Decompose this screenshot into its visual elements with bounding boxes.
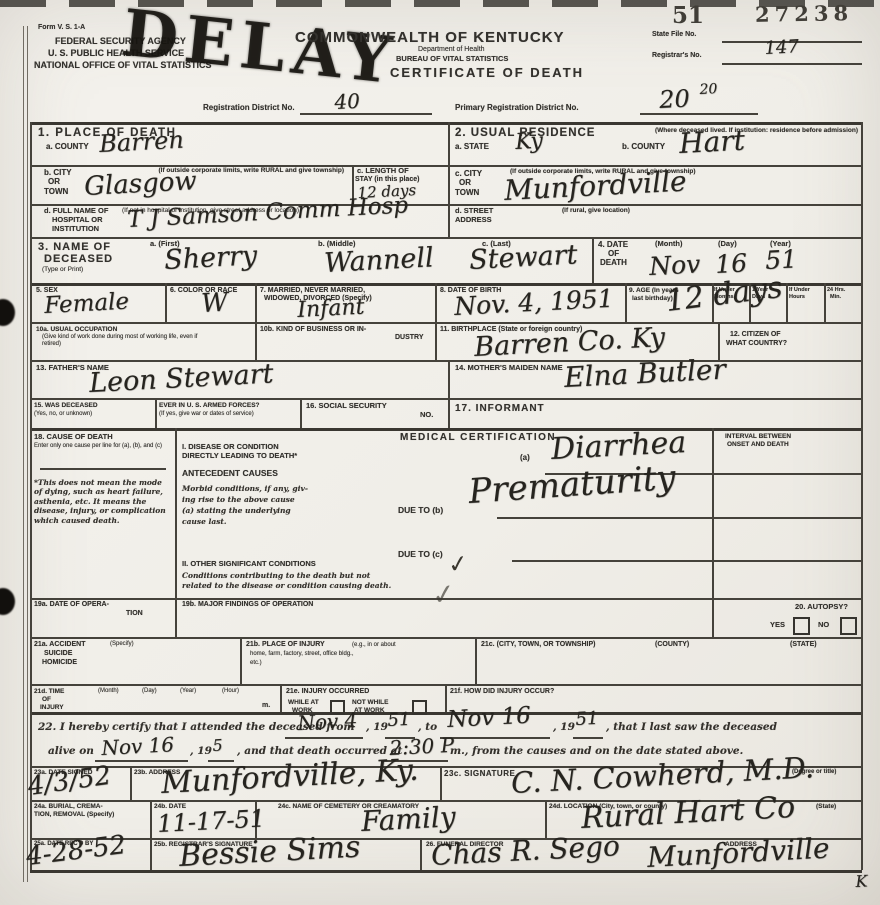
burial-date-value: 11-17-51 bbox=[157, 804, 266, 838]
other-significant-note: Conditions contributing to the death but… bbox=[182, 571, 370, 580]
certify-text: , to bbox=[418, 721, 437, 734]
grid-vline bbox=[786, 283, 788, 322]
citizen-label: WHAT COUNTRY? bbox=[726, 340, 787, 348]
citizen-label: 12. CITIZEN OF bbox=[730, 331, 781, 339]
accident-paren: (Specify) bbox=[110, 641, 134, 648]
last-seen-alive-value: Nov 16 bbox=[101, 732, 175, 760]
registration-district-label: Registration District No. bbox=[203, 103, 295, 112]
field-line bbox=[640, 113, 758, 115]
day-label: (Day) bbox=[718, 240, 737, 249]
cause-b-value: Prematurity bbox=[467, 458, 677, 512]
field-line bbox=[300, 113, 432, 115]
injury-occurred-label: 21e. INJURY OCCURRED bbox=[286, 688, 369, 696]
grid-vline bbox=[435, 283, 437, 322]
other-significant-title: II. OTHER SIGNIFICANT CONDITIONS bbox=[182, 560, 316, 569]
attended-to-year: 51 bbox=[575, 708, 599, 730]
county-value: Barren bbox=[99, 126, 185, 158]
injury-day-label: (Day) bbox=[142, 688, 157, 695]
field-line bbox=[440, 737, 550, 739]
not-while-at-work-checkbox bbox=[412, 700, 427, 715]
certify-text: , 19 bbox=[190, 745, 212, 758]
grid-vline bbox=[130, 766, 132, 800]
form-number: Form V. S. 1-A bbox=[38, 24, 85, 32]
physician-address-value: Munfordville, Ky. bbox=[160, 753, 419, 801]
state-file-number-stamp: 51 bbox=[672, 2, 704, 29]
certify-text: , 19 bbox=[366, 721, 388, 734]
cause-of-death-footnote: *This does not mean the mode of dying, s… bbox=[34, 478, 168, 525]
grid-hline bbox=[30, 322, 862, 324]
grid-vline bbox=[448, 122, 450, 237]
residence-state-value: Ky bbox=[515, 129, 544, 155]
injury-county-label: (COUNTY) bbox=[655, 641, 689, 649]
date-of-death-label: DEATH bbox=[600, 258, 627, 267]
other-significant-note: related to the disease or condition caus… bbox=[182, 581, 391, 590]
due-to-b-label: DUE TO (b) bbox=[398, 505, 443, 515]
grid-hline bbox=[30, 360, 862, 362]
cause-of-death-title: 18. CAUSE OF DEATH bbox=[34, 433, 113, 442]
mothers-maiden-name-label: 14. MOTHER'S MAIDEN NAME bbox=[455, 364, 563, 373]
armed-forces-label: 15. WAS DECEASED bbox=[34, 402, 98, 410]
due-to-c-label: DUE TO (c) bbox=[398, 549, 443, 559]
grid-hline bbox=[30, 637, 862, 639]
grid-vline bbox=[824, 283, 826, 322]
burial-label: TION, REMOVAL (Specify) bbox=[34, 811, 114, 819]
major-findings-label: 19b. MAJOR FINDINGS OF OPERATION bbox=[182, 601, 313, 609]
city-of-death-value: Glasgow bbox=[83, 166, 197, 202]
morbid-note: Morbid conditions, if any, giv- bbox=[182, 484, 308, 493]
social-security-label: NO. bbox=[420, 411, 433, 420]
sex-value: Female bbox=[44, 289, 130, 319]
grid-vline bbox=[861, 122, 863, 870]
commonwealth-title: COMMONWEALTH OF KENTUCKY bbox=[295, 29, 565, 47]
attended-from-value: Nov 4 bbox=[297, 708, 358, 735]
burial-label: 24a. BURIAL, CREMA- bbox=[34, 803, 103, 811]
county-label: a. COUNTY bbox=[46, 142, 89, 151]
grid-vline bbox=[150, 800, 152, 838]
grid-vline bbox=[30, 122, 32, 870]
grid-vline bbox=[448, 360, 450, 398]
registrar-signature-value: Bessie Sims bbox=[178, 830, 361, 874]
morbid-note: cause last. bbox=[182, 517, 227, 526]
time-of-injury-label: OF bbox=[42, 696, 51, 704]
handwritten-check: ✓ bbox=[430, 577, 458, 613]
certify-text: alive on bbox=[48, 745, 94, 758]
disease-label: DIRECTLY LEADING TO DEATH* bbox=[182, 452, 297, 461]
armed-forces-label: EVER IN U. S. ARMED FORCES? bbox=[159, 402, 260, 410]
antecedent-causes-title: ANTECEDENT CAUSES bbox=[182, 468, 278, 478]
morbid-note: ing rise to the above cause bbox=[182, 495, 295, 504]
delay-stamp: DELAY bbox=[119, 0, 402, 99]
usual-occupation-label: 10a. USUAL OCCUPATION bbox=[36, 326, 117, 334]
grid-vline bbox=[255, 322, 257, 360]
accident-label: 21a. ACCIDENT bbox=[34, 641, 85, 649]
place-of-injury-paren: (e.g., in or about bbox=[352, 642, 396, 649]
color-or-race-value: W bbox=[200, 288, 228, 319]
middle-name-value: Wannell bbox=[323, 242, 434, 279]
grid-vline bbox=[475, 637, 477, 684]
left-margin-rule bbox=[23, 26, 28, 882]
attended-from-year: 51 bbox=[387, 709, 411, 731]
marital-status-value: Infant bbox=[297, 295, 365, 323]
while-at-work-label: WHILE AT bbox=[288, 699, 319, 707]
date-of-operation-label: TION bbox=[126, 610, 143, 618]
armed-forces-paren: (If yes, give war or dates of service) bbox=[159, 411, 254, 418]
grid-vline bbox=[280, 684, 282, 712]
primary-district-value-sup: 20 bbox=[699, 81, 718, 98]
interval-label: ONSET AND DEATH bbox=[727, 441, 789, 449]
handwritten-check: ✓ bbox=[446, 549, 470, 580]
city-label: OR bbox=[48, 177, 60, 186]
name-of-deceased-title: DECEASED bbox=[44, 253, 113, 266]
grid-vline bbox=[155, 398, 157, 428]
primary-district-label: Primary Registration District No. bbox=[455, 103, 579, 112]
grid-vline bbox=[300, 398, 302, 428]
length-of-stay-label: c. LENGTH OF bbox=[357, 167, 409, 176]
autopsy-no-checkbox bbox=[840, 617, 857, 635]
grid-vline bbox=[420, 838, 422, 870]
primary-district-value: 20 bbox=[659, 84, 691, 114]
institution-label: INSTITUTION bbox=[52, 225, 99, 234]
attended-to-value: Nov 16 bbox=[447, 703, 532, 733]
grid-hline bbox=[30, 428, 862, 431]
injury-m-label: m. bbox=[262, 702, 270, 710]
date-received-value: 4-28-52 bbox=[24, 830, 127, 872]
degree-or-title-label: (Degree or title) bbox=[792, 769, 836, 776]
age-subcol-label: Hours bbox=[789, 294, 805, 300]
field-line bbox=[712, 517, 862, 519]
autopsy-yes-checkbox bbox=[793, 617, 810, 635]
business-industry-label: 10b. KIND OF BUSINESS OR IN- bbox=[260, 326, 366, 334]
interval-label: INTERVAL BETWEEN bbox=[725, 433, 791, 441]
signature-label: 23c. SIGNATURE bbox=[444, 769, 515, 778]
accident-label: HOMICIDE bbox=[42, 659, 77, 667]
mothers-maiden-name-value: Elna Butler bbox=[563, 353, 726, 394]
armed-forces-paren: (Yes, no, or unknown) bbox=[34, 411, 92, 418]
street-address-label: ADDRESS bbox=[455, 216, 492, 225]
place-of-injury-paren: home, farm, factory, street, office bldg… bbox=[250, 651, 354, 658]
age-subcol-label: Min. bbox=[830, 294, 841, 300]
file-number-stamp: 27238 bbox=[755, 0, 853, 27]
grid-vline bbox=[448, 398, 450, 428]
business-industry-label: DUSTRY bbox=[395, 334, 424, 342]
death-certificate-scan: Form V. S. 1-A FEDERAL SECURITY AGENCY U… bbox=[0, 0, 880, 905]
registration-district-value: 40 bbox=[334, 89, 361, 114]
grid-vline bbox=[625, 283, 627, 322]
grid-vline bbox=[150, 838, 152, 870]
marital-status-label: 7. MARRIED, NEVER MARRIED, bbox=[260, 287, 365, 295]
how-injury-occurred-label: 21f. HOW DID INJURY OCCUR? bbox=[450, 688, 554, 696]
grid-vline bbox=[255, 283, 257, 322]
autopsy-yes-label: YES bbox=[770, 621, 785, 630]
residence-state-label: a. STATE bbox=[455, 142, 489, 151]
hole-punch bbox=[0, 299, 15, 326]
residence-county-value: Hart bbox=[678, 124, 745, 160]
institution-value: T J Samson Comm Hosp bbox=[127, 192, 409, 233]
grid-vline bbox=[592, 237, 594, 283]
registrars-no-label: Registrar's No. bbox=[652, 52, 702, 60]
usual-occupation-paren: (Give kind of work done during most of w… bbox=[42, 334, 212, 348]
street-address-paren: (If rural, give location) bbox=[562, 207, 630, 215]
cemetery-value: Family bbox=[360, 800, 456, 838]
injury-city-label: 21c. (CITY, TOWN, OR TOWNSHIP) bbox=[481, 641, 595, 649]
injury-state-label: (STATE) bbox=[790, 641, 817, 649]
state-file-label: State File No. bbox=[652, 31, 696, 39]
morbid-note: (a) stating the underlying bbox=[182, 506, 291, 515]
last-name-value: Stewart bbox=[468, 239, 578, 276]
not-while-at-work-label: NOT WHILE bbox=[352, 699, 388, 707]
time-of-injury-label: 21d. TIME bbox=[34, 688, 64, 696]
dept-subtitle: Department of Health bbox=[418, 46, 485, 54]
age-subcol-label: 24 Hrs. bbox=[827, 287, 845, 293]
field-line bbox=[712, 560, 862, 562]
month-label: (Month) bbox=[655, 240, 682, 249]
time-of-injury-label: INJURY bbox=[40, 704, 64, 712]
residence-city-label: TOWN bbox=[455, 188, 479, 197]
last-seen-alive-year: 5 bbox=[212, 735, 223, 755]
type-or-print-note: (Type or Print) bbox=[42, 266, 83, 274]
field-line bbox=[722, 63, 862, 65]
field-line bbox=[497, 517, 712, 519]
date-of-death-month: Nov bbox=[648, 249, 701, 281]
city-label: TOWN bbox=[44, 187, 68, 196]
grid-vline bbox=[435, 322, 437, 360]
place-of-injury-label: 21b. PLACE OF INJURY bbox=[246, 641, 325, 649]
autopsy-no-label: NO bbox=[818, 621, 829, 630]
first-name-value: Sherry bbox=[163, 240, 257, 276]
grid-vline bbox=[440, 766, 442, 800]
social-security-label: 16. SOCIAL SECURITY bbox=[306, 402, 387, 411]
grid-vline bbox=[712, 428, 714, 637]
autopsy-label: 20. AUTOPSY? bbox=[795, 603, 848, 612]
residence-city-label: OR bbox=[459, 178, 471, 187]
age-subcol-label: If Under bbox=[789, 287, 810, 293]
cause-of-death-note: Enter only one cause per line for (a), (… bbox=[34, 443, 168, 450]
fathers-name-value: Leon Stewart bbox=[88, 358, 274, 399]
date-of-operation-label: 19a. DATE OF OPERA- bbox=[34, 601, 109, 609]
certificate-title: CERTIFICATE OF DEATH bbox=[390, 65, 584, 80]
certify-text: , that I last saw the deceased bbox=[606, 721, 777, 734]
hole-punch bbox=[0, 588, 15, 615]
burial-location-state-label: (State) bbox=[816, 803, 836, 811]
grid-vline bbox=[240, 637, 242, 684]
informant-label: 17. INFORMANT bbox=[455, 403, 545, 415]
disease-a-label: (a) bbox=[520, 453, 530, 462]
certify-text: , 19 bbox=[553, 721, 575, 734]
field-line bbox=[512, 560, 712, 562]
injury-year-label: (Year) bbox=[180, 688, 196, 695]
grid-vline bbox=[175, 428, 177, 637]
injury-hour-label: (Hour) bbox=[222, 688, 239, 695]
grid-vline bbox=[165, 283, 167, 322]
field-line bbox=[712, 473, 862, 475]
place-of-injury-paren: etc.) bbox=[250, 660, 262, 667]
registrars-no-value: 147 bbox=[764, 36, 799, 59]
field-line bbox=[285, 737, 363, 739]
residence-county-label: b. COUNTY bbox=[622, 142, 665, 151]
injury-month-label: (Month) bbox=[98, 688, 119, 695]
corner-mark: K bbox=[855, 871, 868, 891]
field-line bbox=[573, 737, 603, 739]
funeral-director-value: Chas R. Sego bbox=[430, 829, 620, 872]
medical-certification-title: MEDICAL CERTIFICATION bbox=[400, 432, 556, 444]
accident-label: SUICIDE bbox=[44, 650, 72, 658]
bureau-subtitle: BUREAU OF VITAL STATISTICS bbox=[396, 55, 508, 64]
sidebar-divider bbox=[40, 468, 166, 470]
not-while-at-work-label: AT WORK bbox=[354, 707, 385, 715]
